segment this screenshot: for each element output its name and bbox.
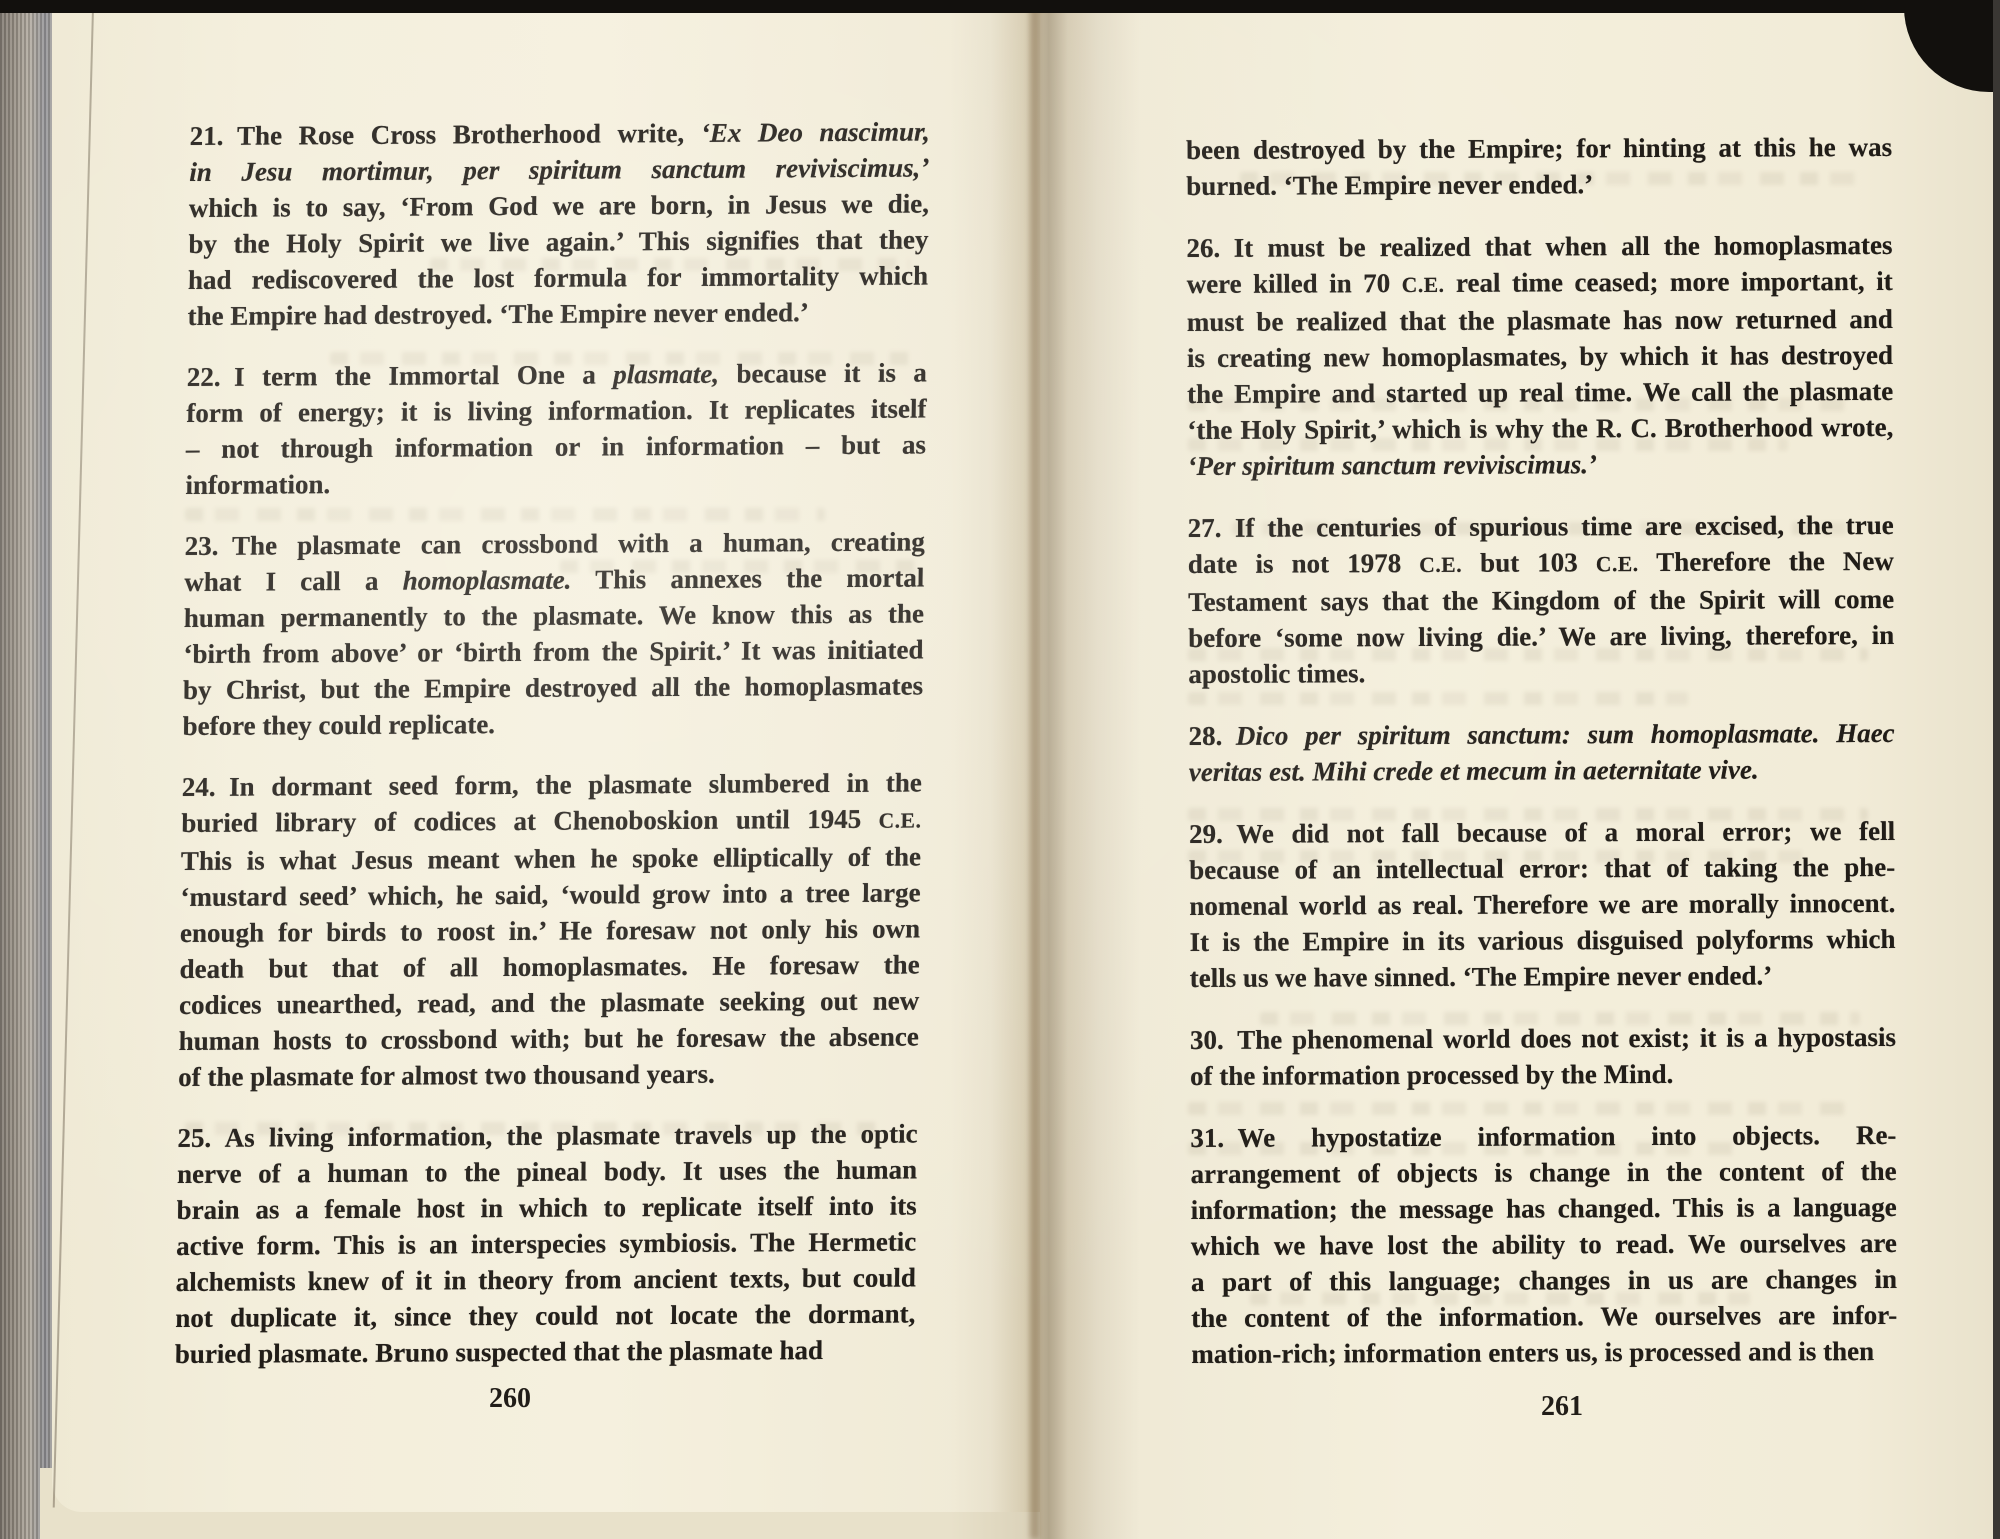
text-segment: nomenal world as real. Therefore we are … xyxy=(1189,888,1895,921)
book-scan: 21. The Rose Cross Brotherhood write, ‘E… xyxy=(0,0,2000,1539)
text-segment: because of an intellectual error: that o… xyxy=(1189,852,1895,885)
text-line: information. xyxy=(185,462,926,503)
text-line: – not through information or in informat… xyxy=(186,426,927,467)
text-line: what I call a homoplasmate. This annexes… xyxy=(184,559,925,600)
text-segment: 26. It must be realized that when all th… xyxy=(1186,230,1892,263)
text-segment: had rediscovered the lost formula for im… xyxy=(188,260,928,295)
text-segment: of the information processed by the Mind… xyxy=(1190,1059,1673,1091)
text-segment: C.E. xyxy=(1419,553,1462,577)
text-segment: It is the Empire in its various disguise… xyxy=(1189,924,1895,957)
text-line: of the plasmate for almost two thousand … xyxy=(178,1054,919,1095)
text-segment: form of energy; it is living information… xyxy=(186,393,926,428)
text-line: must be realized that the plasmate has n… xyxy=(1187,301,1893,340)
text-line: 26. It must be realized that when all th… xyxy=(1186,227,1892,266)
paragraph: 31. We hypostatize information into obje… xyxy=(1190,1117,1897,1372)
text-line: of the information processed by the Mind… xyxy=(1190,1055,1896,1094)
text-line: before they could replicate. xyxy=(182,703,923,744)
text-segment: human hosts to crossbond with; but he fo… xyxy=(179,1021,919,1056)
text-line: ‘birth from above’ or ‘birth from the Sp… xyxy=(183,631,924,672)
text-segment: must be realized that the plasmate has n… xyxy=(1187,304,1893,337)
text-segment: ‘the Holy Spirit,’ which is why the R. C… xyxy=(1187,412,1893,445)
text-line: the Empire had destroyed. ‘The Empire ne… xyxy=(187,293,928,334)
italic-text: homoplasmate. xyxy=(403,565,572,596)
paragraph: 23. The plasmate can crossbond with a hu… xyxy=(182,523,925,744)
italic-text: ‘Per spiritum sanctum reviviscimus.’ xyxy=(1187,449,1597,481)
text-segment: were killed in 70 xyxy=(1187,268,1402,299)
text-segment: which we have lost the ability to read. … xyxy=(1191,1228,1897,1261)
text-line: human hosts to crossbond with; but he fo… xyxy=(179,1018,920,1059)
text-line: a part of this language; changes in us a… xyxy=(1191,1261,1897,1300)
text-line: 24. In dormant seed form, the plasmate s… xyxy=(182,764,923,805)
text-line: alchemists knew of it in theory from anc… xyxy=(176,1259,917,1300)
text-line: death but that of all homoplasmates. He … xyxy=(179,946,920,987)
gutter-shadow-core xyxy=(1030,0,1039,1539)
text-segment: is creating new homoplasmates, by which … xyxy=(1187,340,1893,373)
italic-text: Dico per spiritum sanctum: sum homoplasm… xyxy=(1236,718,1895,751)
text-segment: 31. We hypostatize information into obje… xyxy=(1190,1120,1896,1153)
text-segment: apostolic times. xyxy=(1188,658,1365,689)
text-segment: 21. The Rose Cross Brotherhood write, xyxy=(190,118,701,151)
italic-text: veritas est. Mihi crede et mecum in aete… xyxy=(1189,755,1759,787)
paragraph: 29. We did not fall because of a moral e… xyxy=(1189,813,1896,996)
italic-text: in Jesu mortimur, per spiritum sanctum r… xyxy=(189,152,929,187)
text-segment: burned. ‘The Empire never ended.’ xyxy=(1186,169,1593,201)
text-line: which is to say, ‘From God we are born, … xyxy=(189,185,930,226)
text-segment: 29. We did not fall because of a moral e… xyxy=(1189,816,1895,849)
text-segment: ‘mustard seed’ which, he said, ‘would gr… xyxy=(180,877,920,912)
text-line: human permanently to the plasmate. We kn… xyxy=(184,595,925,636)
text-line: had rediscovered the lost formula for im… xyxy=(188,257,929,298)
text-line: the content of the information. We ourse… xyxy=(1191,1297,1897,1336)
text-segment: active form. This is an interspecies sym… xyxy=(176,1226,916,1261)
text-line: 27. If the centuries of spurious time ar… xyxy=(1188,507,1894,546)
text-segment: codices unearthed, read, and the plasmat… xyxy=(179,985,919,1020)
text-segment: death but that of all homoplasmates. He … xyxy=(179,949,919,984)
text-segment: 30. The phenomenal world does not exist;… xyxy=(1190,1022,1896,1055)
text-segment: by Christ, but the Empire destroyed all … xyxy=(183,670,923,705)
paragraph: 26. It must be realized that when all th… xyxy=(1186,227,1893,484)
text-line: not duplicate it, since they could not l… xyxy=(175,1295,916,1336)
text-segment: information. xyxy=(185,469,330,500)
paragraph: 25. As living information, the plasmate … xyxy=(175,1115,918,1372)
text-segment: not duplicate it, since they could not l… xyxy=(175,1298,915,1333)
text-line: nerve of a human to the pineal body. It … xyxy=(177,1151,918,1192)
text-segment: C.E. xyxy=(878,808,921,832)
scanner-background-right xyxy=(1993,0,2000,1539)
paragraph: 28. Dico per spiritum sanctum: sum homop… xyxy=(1189,715,1895,790)
text-line: tells us we have sinned. ‘The Empire nev… xyxy=(1190,957,1896,996)
text-line: enough for birds to roost in.’ He foresa… xyxy=(180,910,921,951)
text-segment: alchemists knew of it in theory from anc… xyxy=(176,1262,916,1297)
text-segment: 24. In dormant seed form, the plasmate s… xyxy=(182,767,922,802)
text-line: ‘Per spiritum sanctum reviviscimus.’ xyxy=(1187,445,1893,484)
text-segment: before they could replicate. xyxy=(182,709,495,741)
text-line: This is what Jesus meant when he spoke e… xyxy=(181,838,922,879)
right-page-text: been destroyed by the Empire; for hintin… xyxy=(1186,129,1898,1398)
text-line: veritas est. Mihi crede et mecum in aete… xyxy=(1189,751,1895,790)
text-line: date is not 1978 C.E. but 103 C.E. There… xyxy=(1188,543,1894,584)
text-line: nomenal world as real. Therefore we are … xyxy=(1189,885,1895,924)
page-number-right: 261 xyxy=(1541,1391,1583,1423)
text-segment: C.E. xyxy=(1402,273,1445,297)
text-segment: 28. xyxy=(1189,721,1236,751)
text-line: buried library of codices at Chenoboskio… xyxy=(181,800,922,843)
text-line: is creating new homoplasmates, by which … xyxy=(1187,337,1893,376)
text-segment: This is what Jesus meant when he spoke e… xyxy=(181,841,921,876)
text-line: by Christ, but the Empire destroyed all … xyxy=(183,667,924,708)
text-segment: human permanently to the plasmate. We kn… xyxy=(184,598,924,633)
paragraph: 21. The Rose Cross Brotherhood write, ‘E… xyxy=(187,113,930,334)
text-segment: ‘birth from above’ or ‘birth from the Sp… xyxy=(183,634,923,669)
text-line: ‘mustard seed’ which, he said, ‘would gr… xyxy=(180,874,921,915)
text-line: information; the message has changed. Th… xyxy=(1191,1189,1897,1228)
text-segment: date is not 1978 xyxy=(1188,548,1420,579)
text-line: It is the Empire in its various disguise… xyxy=(1189,921,1895,960)
text-segment: real time ceased; more important, it xyxy=(1444,266,1892,298)
text-line: burned. ‘The Empire never ended.’ xyxy=(1186,165,1892,204)
italic-text: plasmate, xyxy=(613,359,719,390)
text-line: Testament says that the Kingdom of the S… xyxy=(1188,581,1894,620)
text-segment: before ‘some now living die.’ We are liv… xyxy=(1188,620,1894,653)
text-segment: by the Holy Spirit we live again.’ This … xyxy=(188,224,928,259)
text-segment: This annexes the mortal xyxy=(571,562,924,594)
text-line: mation-rich; information enters us, is p… xyxy=(1191,1333,1897,1372)
text-segment: buried library of codices at Chenoboskio… xyxy=(181,804,879,838)
text-line: 28. Dico per spiritum sanctum: sum homop… xyxy=(1189,715,1895,754)
text-line: the Empire and started up real time. We … xyxy=(1187,373,1893,412)
text-segment: of the plasmate for almost two thousand … xyxy=(178,1059,715,1092)
text-segment: but 103 xyxy=(1462,547,1596,578)
paragraph: 22. I term the Immortal One a plasmate, … xyxy=(185,354,927,503)
text-line: buried plasmate. Bruno suspected that th… xyxy=(175,1331,916,1372)
italic-text: ‘Ex Deo nascimur, xyxy=(701,116,930,147)
text-segment: buried plasmate. Bruno suspected that th… xyxy=(175,1335,823,1369)
text-line: 23. The plasmate can crossbond with a hu… xyxy=(185,523,926,564)
text-line: arrangement of objects is change in the … xyxy=(1190,1153,1896,1192)
text-line: 30. The phenomenal world does not exist;… xyxy=(1190,1019,1896,1058)
text-segment: a part of this language; changes in us a… xyxy=(1191,1264,1897,1297)
page-number-left: 260 xyxy=(489,1383,531,1415)
text-line: which we have lost the ability to read. … xyxy=(1191,1225,1897,1264)
text-line: before ‘some now living die.’ We are liv… xyxy=(1188,617,1894,656)
text-segment: enough for birds to roost in.’ He foresa… xyxy=(180,913,920,948)
text-segment: the Empire and started up real time. We … xyxy=(1187,376,1893,409)
text-segment: nerve of a human to the pineal body. It … xyxy=(177,1154,917,1189)
text-segment: the content of the information. We ourse… xyxy=(1191,1300,1897,1333)
text-segment: 25. As living information, the plasmate … xyxy=(177,1118,917,1153)
text-line: active form. This is an interspecies sym… xyxy=(176,1223,917,1264)
text-segment: because it is a xyxy=(719,357,927,388)
text-segment: 22. I term the Immortal One a xyxy=(187,359,614,392)
text-line: because of an intellectual error: that o… xyxy=(1189,849,1895,888)
text-line: ‘the Holy Spirit,’ which is why the R. C… xyxy=(1187,409,1893,448)
text-line: 31. We hypostatize information into obje… xyxy=(1190,1117,1896,1156)
text-segment: 23. The plasmate can crossbond with a hu… xyxy=(185,526,925,561)
text-segment: brain as a female host in which to repli… xyxy=(176,1190,916,1225)
text-segment: which is to say, ‘From God we are born, … xyxy=(189,188,929,223)
text-line: 25. As living information, the plasmate … xyxy=(177,1115,918,1156)
text-segment: information; the message has changed. Th… xyxy=(1191,1192,1897,1225)
text-line: in Jesu mortimur, per spiritum sanctum r… xyxy=(189,149,930,190)
paragraph: been destroyed by the Empire; for hintin… xyxy=(1186,129,1892,204)
text-segment: Testament says that the Kingdom of the S… xyxy=(1188,584,1894,617)
paragraph: 27. If the centuries of spurious time ar… xyxy=(1188,507,1895,692)
paragraph: 30. The phenomenal world does not exist;… xyxy=(1190,1019,1896,1094)
text-line: apostolic times. xyxy=(1188,653,1894,692)
text-segment: been destroyed by the Empire; for hintin… xyxy=(1186,132,1892,165)
paragraph: 24. In dormant seed form, the plasmate s… xyxy=(178,764,922,1095)
scanner-background-top xyxy=(0,0,2000,13)
text-segment: what I call a xyxy=(184,566,403,597)
text-segment: – not through information or in informat… xyxy=(186,429,926,464)
gutter-shadow xyxy=(950,0,1140,1539)
text-line: 22. I term the Immortal One a plasmate, … xyxy=(187,354,928,395)
left-page-text: 21. The Rose Cross Brotherhood write, ‘E… xyxy=(174,113,930,1396)
text-segment: the Empire had destroyed. ‘The Empire ne… xyxy=(187,297,809,331)
text-line: form of energy; it is living information… xyxy=(186,390,927,431)
text-line: been destroyed by the Empire; for hintin… xyxy=(1186,129,1892,168)
text-line: codices unearthed, read, and the plasmat… xyxy=(179,982,920,1023)
text-segment: tells us we have sinned. ‘The Empire nev… xyxy=(1190,960,1773,993)
text-segment: arrangement of objects is change in the … xyxy=(1190,1156,1896,1189)
text-segment: 27. If the centuries of spurious time ar… xyxy=(1188,510,1894,543)
text-line: were killed in 70 C.E. real time ceased;… xyxy=(1187,263,1893,304)
text-line: 29. We did not fall because of a moral e… xyxy=(1189,813,1895,852)
text-segment: Therefore the New xyxy=(1639,546,1894,577)
text-line: brain as a female host in which to repli… xyxy=(176,1187,917,1228)
text-segment: mation-rich; information enters us, is p… xyxy=(1191,1336,1874,1369)
text-line: 21. The Rose Cross Brotherhood write, ‘E… xyxy=(190,113,931,154)
text-segment: C.E. xyxy=(1596,552,1639,576)
text-line: by the Holy Spirit we live again.’ This … xyxy=(188,221,929,262)
